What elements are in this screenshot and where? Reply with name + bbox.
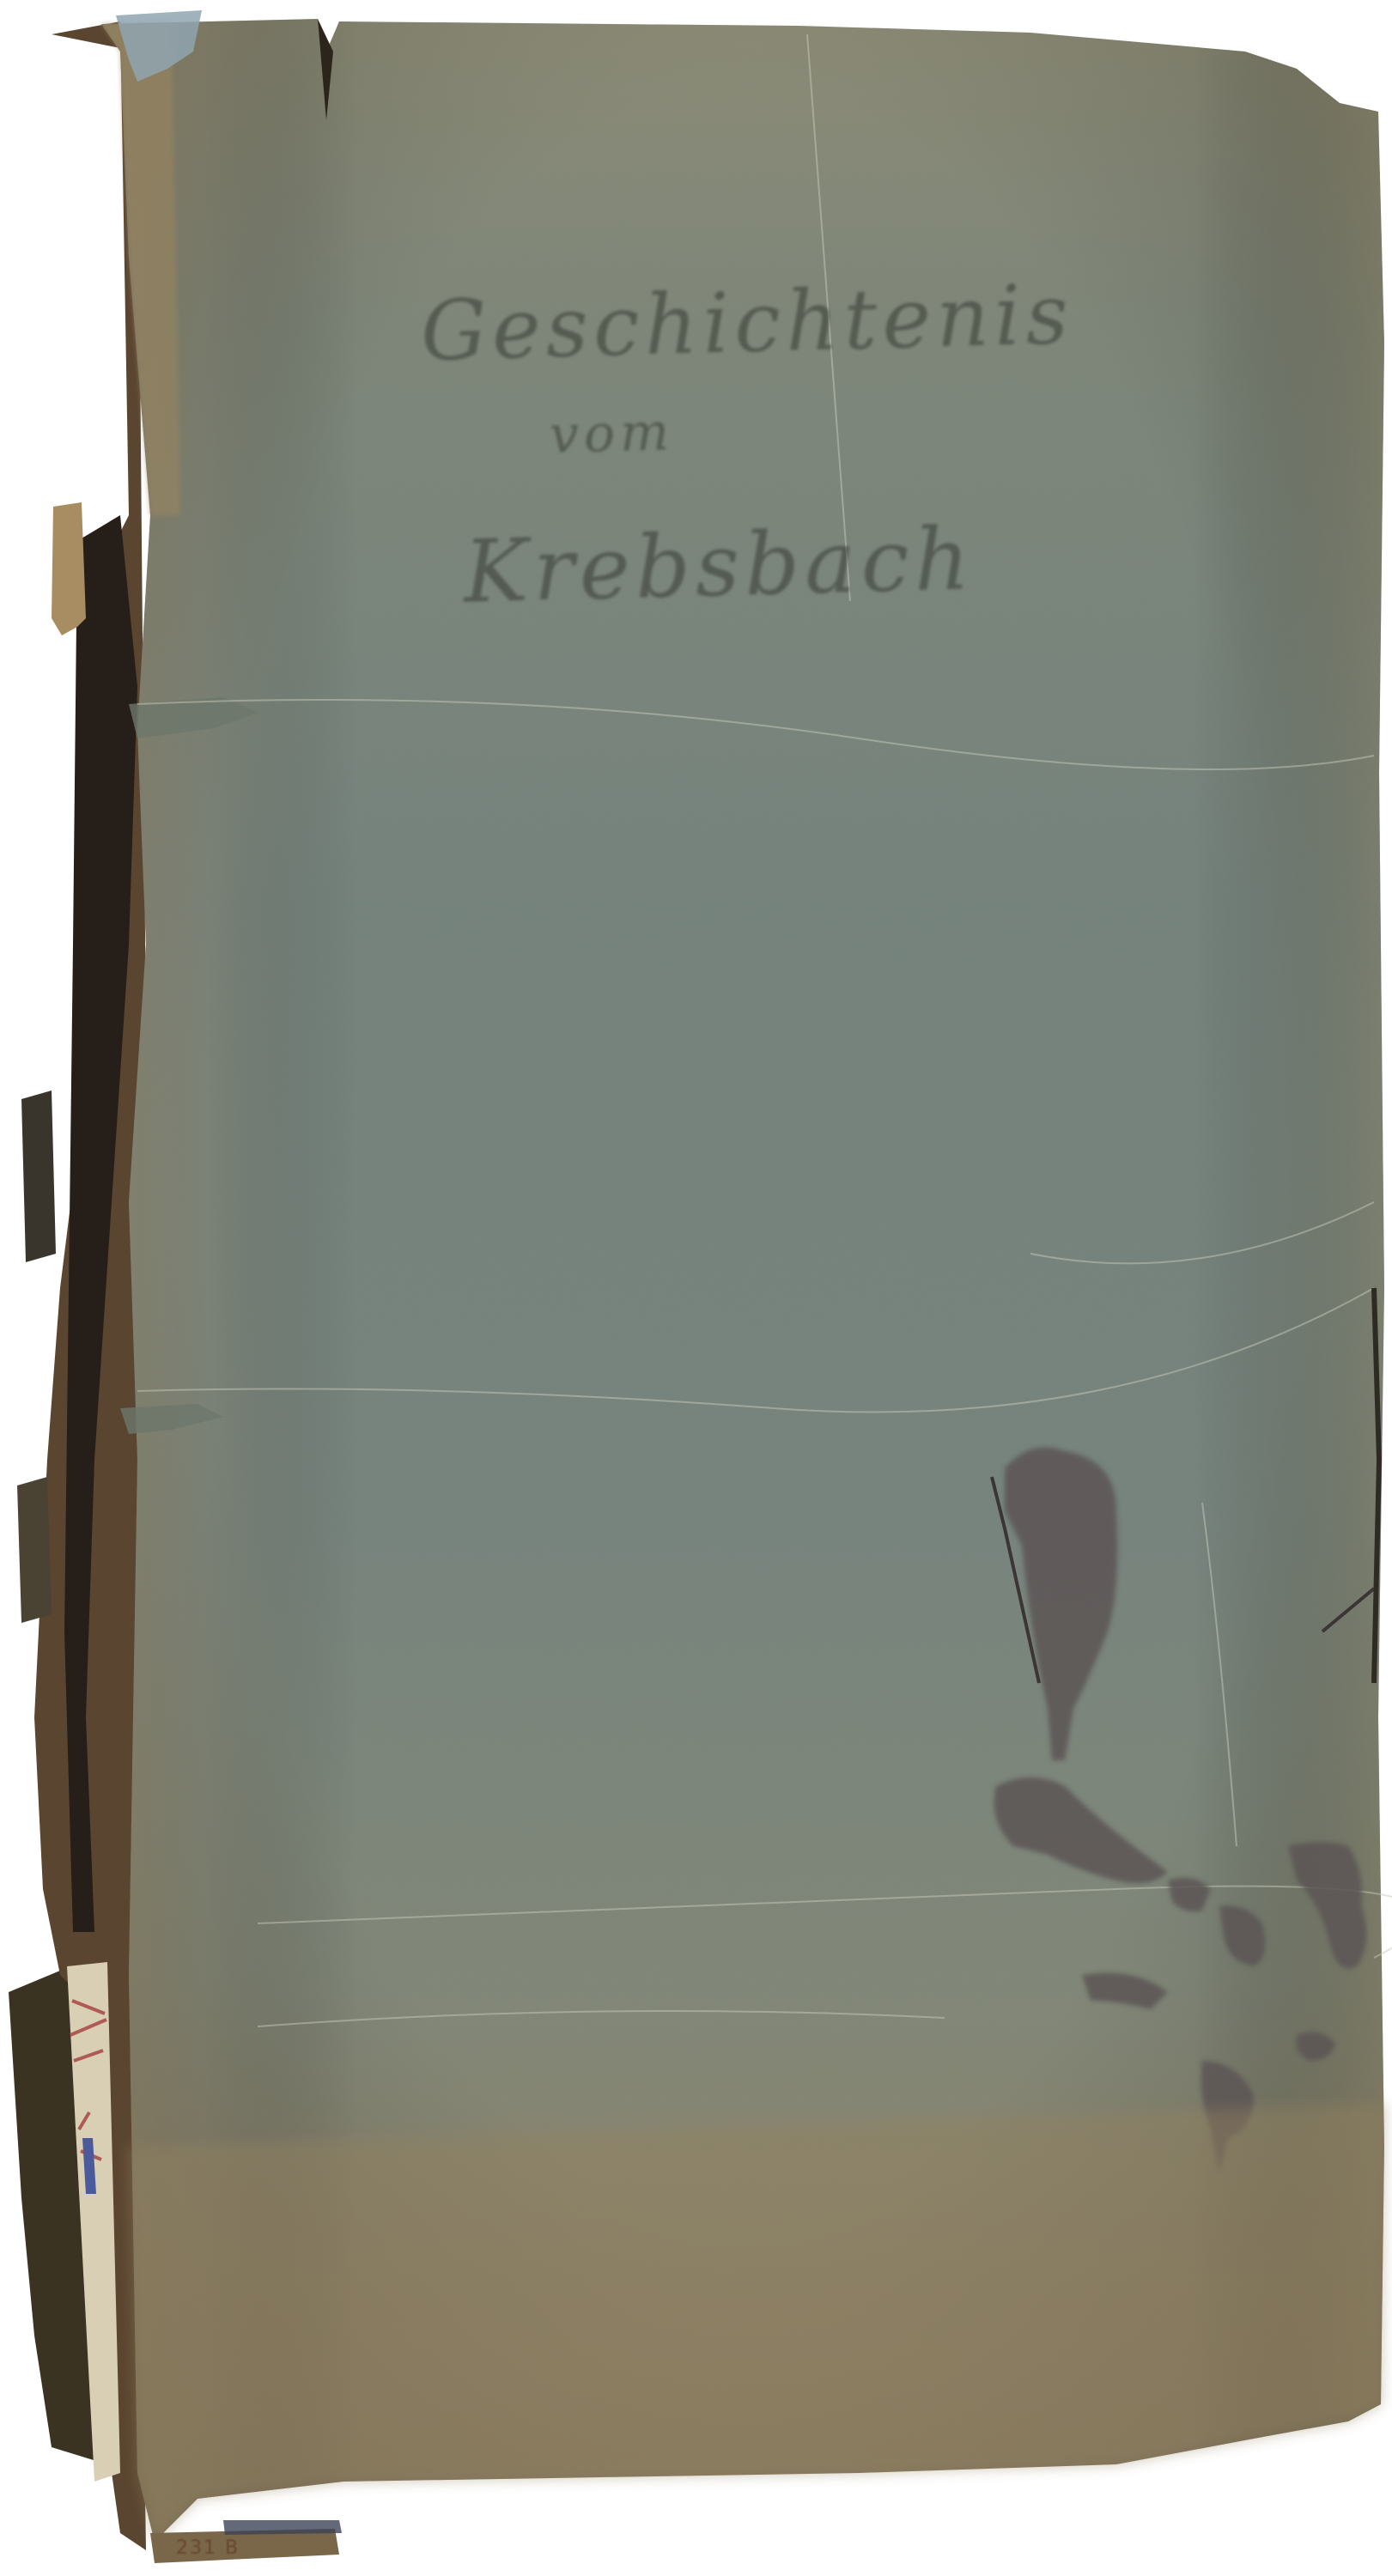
handwritten-title-line-2: vom [549, 402, 675, 465]
spine-tan-strip [21, 1091, 56, 1262]
lower-tan-wash [129, 2104, 1384, 2542]
book-photo: Geschichtenis vom Krebsbach 231 B [0, 0, 1392, 2576]
spine-tan-strip [17, 1477, 52, 1623]
book-illustration [0, 0, 1392, 2576]
handwritten-title-line-3: Krebsbach [463, 508, 976, 623]
cover-left-tan-band [101, 21, 180, 515]
handwritten-title-line-1: Geschichtenis [420, 266, 1075, 380]
bottom-blue-strip [223, 2520, 342, 2535]
spine-label-text: 231 B [176, 2537, 240, 2559]
spine-tan-strip [52, 502, 86, 635]
